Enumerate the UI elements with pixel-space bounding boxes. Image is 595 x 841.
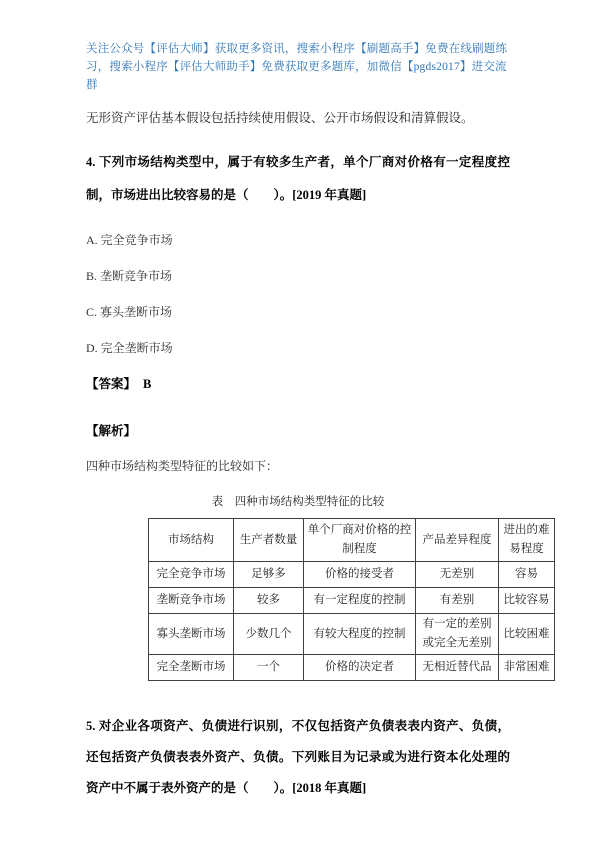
table-cell: 较多 [234, 588, 304, 614]
table-cell: 比较困难 [499, 614, 555, 655]
question-5-text: 5. 对企业各项资产、负债进行识别，不仅包括资产负债表表内资产、负债，还包括资产… [86, 711, 510, 804]
table-header-cell: 生产者数量 [234, 519, 304, 562]
promo-notice: 关注公众号【评估大师】获取更多资讯，搜索小程序【刷题高手】免费在线刷题练 习，搜… [86, 40, 510, 94]
table-cell: 价格的决定者 [304, 655, 416, 681]
table-cell: 有差别 [416, 588, 499, 614]
table-row: 寡头垄断市场 少数几个 有较大程度的控制 有一定的差别或完全无差别 比较困难 [149, 614, 555, 655]
table-header-cell: 产品差异程度 [416, 519, 499, 562]
question-4-option-d: D. 完全垄断市场 [86, 340, 510, 356]
table-cell: 少数几个 [234, 614, 304, 655]
document-page: 关注公众号【评估大师】获取更多资讯，搜索小程序【刷题高手】免费在线刷题练 习，搜… [0, 0, 595, 841]
analysis-intro: 四种市场结构类型特征的比较如下： [86, 459, 510, 474]
question-4-text: 4. 下列市场结构类型中，属于有较多生产者，单个厂商对价格有一定程度控制，市场进… [86, 146, 510, 212]
table-cell: 完全垄断市场 [149, 655, 234, 681]
promo-notice-line1: 关注公众号【评估大师】获取更多资讯，搜索小程序【刷题高手】免费在线刷题练 [86, 40, 510, 58]
market-structure-comparison-table: 市场结构 生产者数量 单个厂商对价格的控制程度 产品差异程度 进出的难易程度 完… [148, 518, 555, 681]
intro-text: 无形资产评估基本假设包括持续使用假设、公开市场假设和清算假设。 [86, 111, 510, 126]
table-cell: 寡头垄断市场 [149, 614, 234, 655]
answer-row: 【答案】B [86, 376, 510, 393]
question-4-option-c: C. 寡头垄断市场 [86, 304, 510, 320]
table-cell: 有一定程度的控制 [304, 588, 416, 614]
question-4-option-a: A. 完全竞争市场 [86, 232, 510, 248]
question-4-option-b: B. 垄断竞争市场 [86, 268, 510, 284]
table-cell: 有一定的差别或完全无差别 [416, 614, 499, 655]
promo-notice-line2: 习，搜索小程序【评估大师助手】免费获取更多题库，加微信【pgds2017】进交流… [86, 58, 510, 94]
table-row: 完全竞争市场 足够多 价格的接受者 无差别 容易 [149, 562, 555, 588]
table-header-cell: 市场结构 [149, 519, 234, 562]
table-cell: 价格的接受者 [304, 562, 416, 588]
table-cell: 容易 [499, 562, 555, 588]
table-cell: 非常困难 [499, 655, 555, 681]
table-header-cell: 单个厂商对价格的控制程度 [304, 519, 416, 562]
table-cell: 比较容易 [499, 588, 555, 614]
table-cell: 有较大程度的控制 [304, 614, 416, 655]
table-cell: 无差别 [416, 562, 499, 588]
analysis-label: 【解析】 [86, 423, 510, 440]
table-header-cell: 进出的难易程度 [499, 519, 555, 562]
table-row: 垄断竞争市场 较多 有一定程度的控制 有差别 比较容易 [149, 588, 555, 614]
table-row: 完全垄断市场 一个 价格的决定者 无相近替代品 非常困难 [149, 655, 555, 681]
answer-label: 【答案】 [86, 377, 136, 391]
table-cell: 足够多 [234, 562, 304, 588]
table-cell: 完全竞争市场 [149, 562, 234, 588]
table-cell: 无相近替代品 [416, 655, 499, 681]
table-cell: 一个 [234, 655, 304, 681]
table-title: 表 四种市场结构类型特征的比较 [86, 495, 510, 510]
table-header-row: 市场结构 生产者数量 单个厂商对价格的控制程度 产品差异程度 进出的难易程度 [149, 519, 555, 562]
table-cell: 垄断竞争市场 [149, 588, 234, 614]
answer-value: B [143, 377, 151, 391]
